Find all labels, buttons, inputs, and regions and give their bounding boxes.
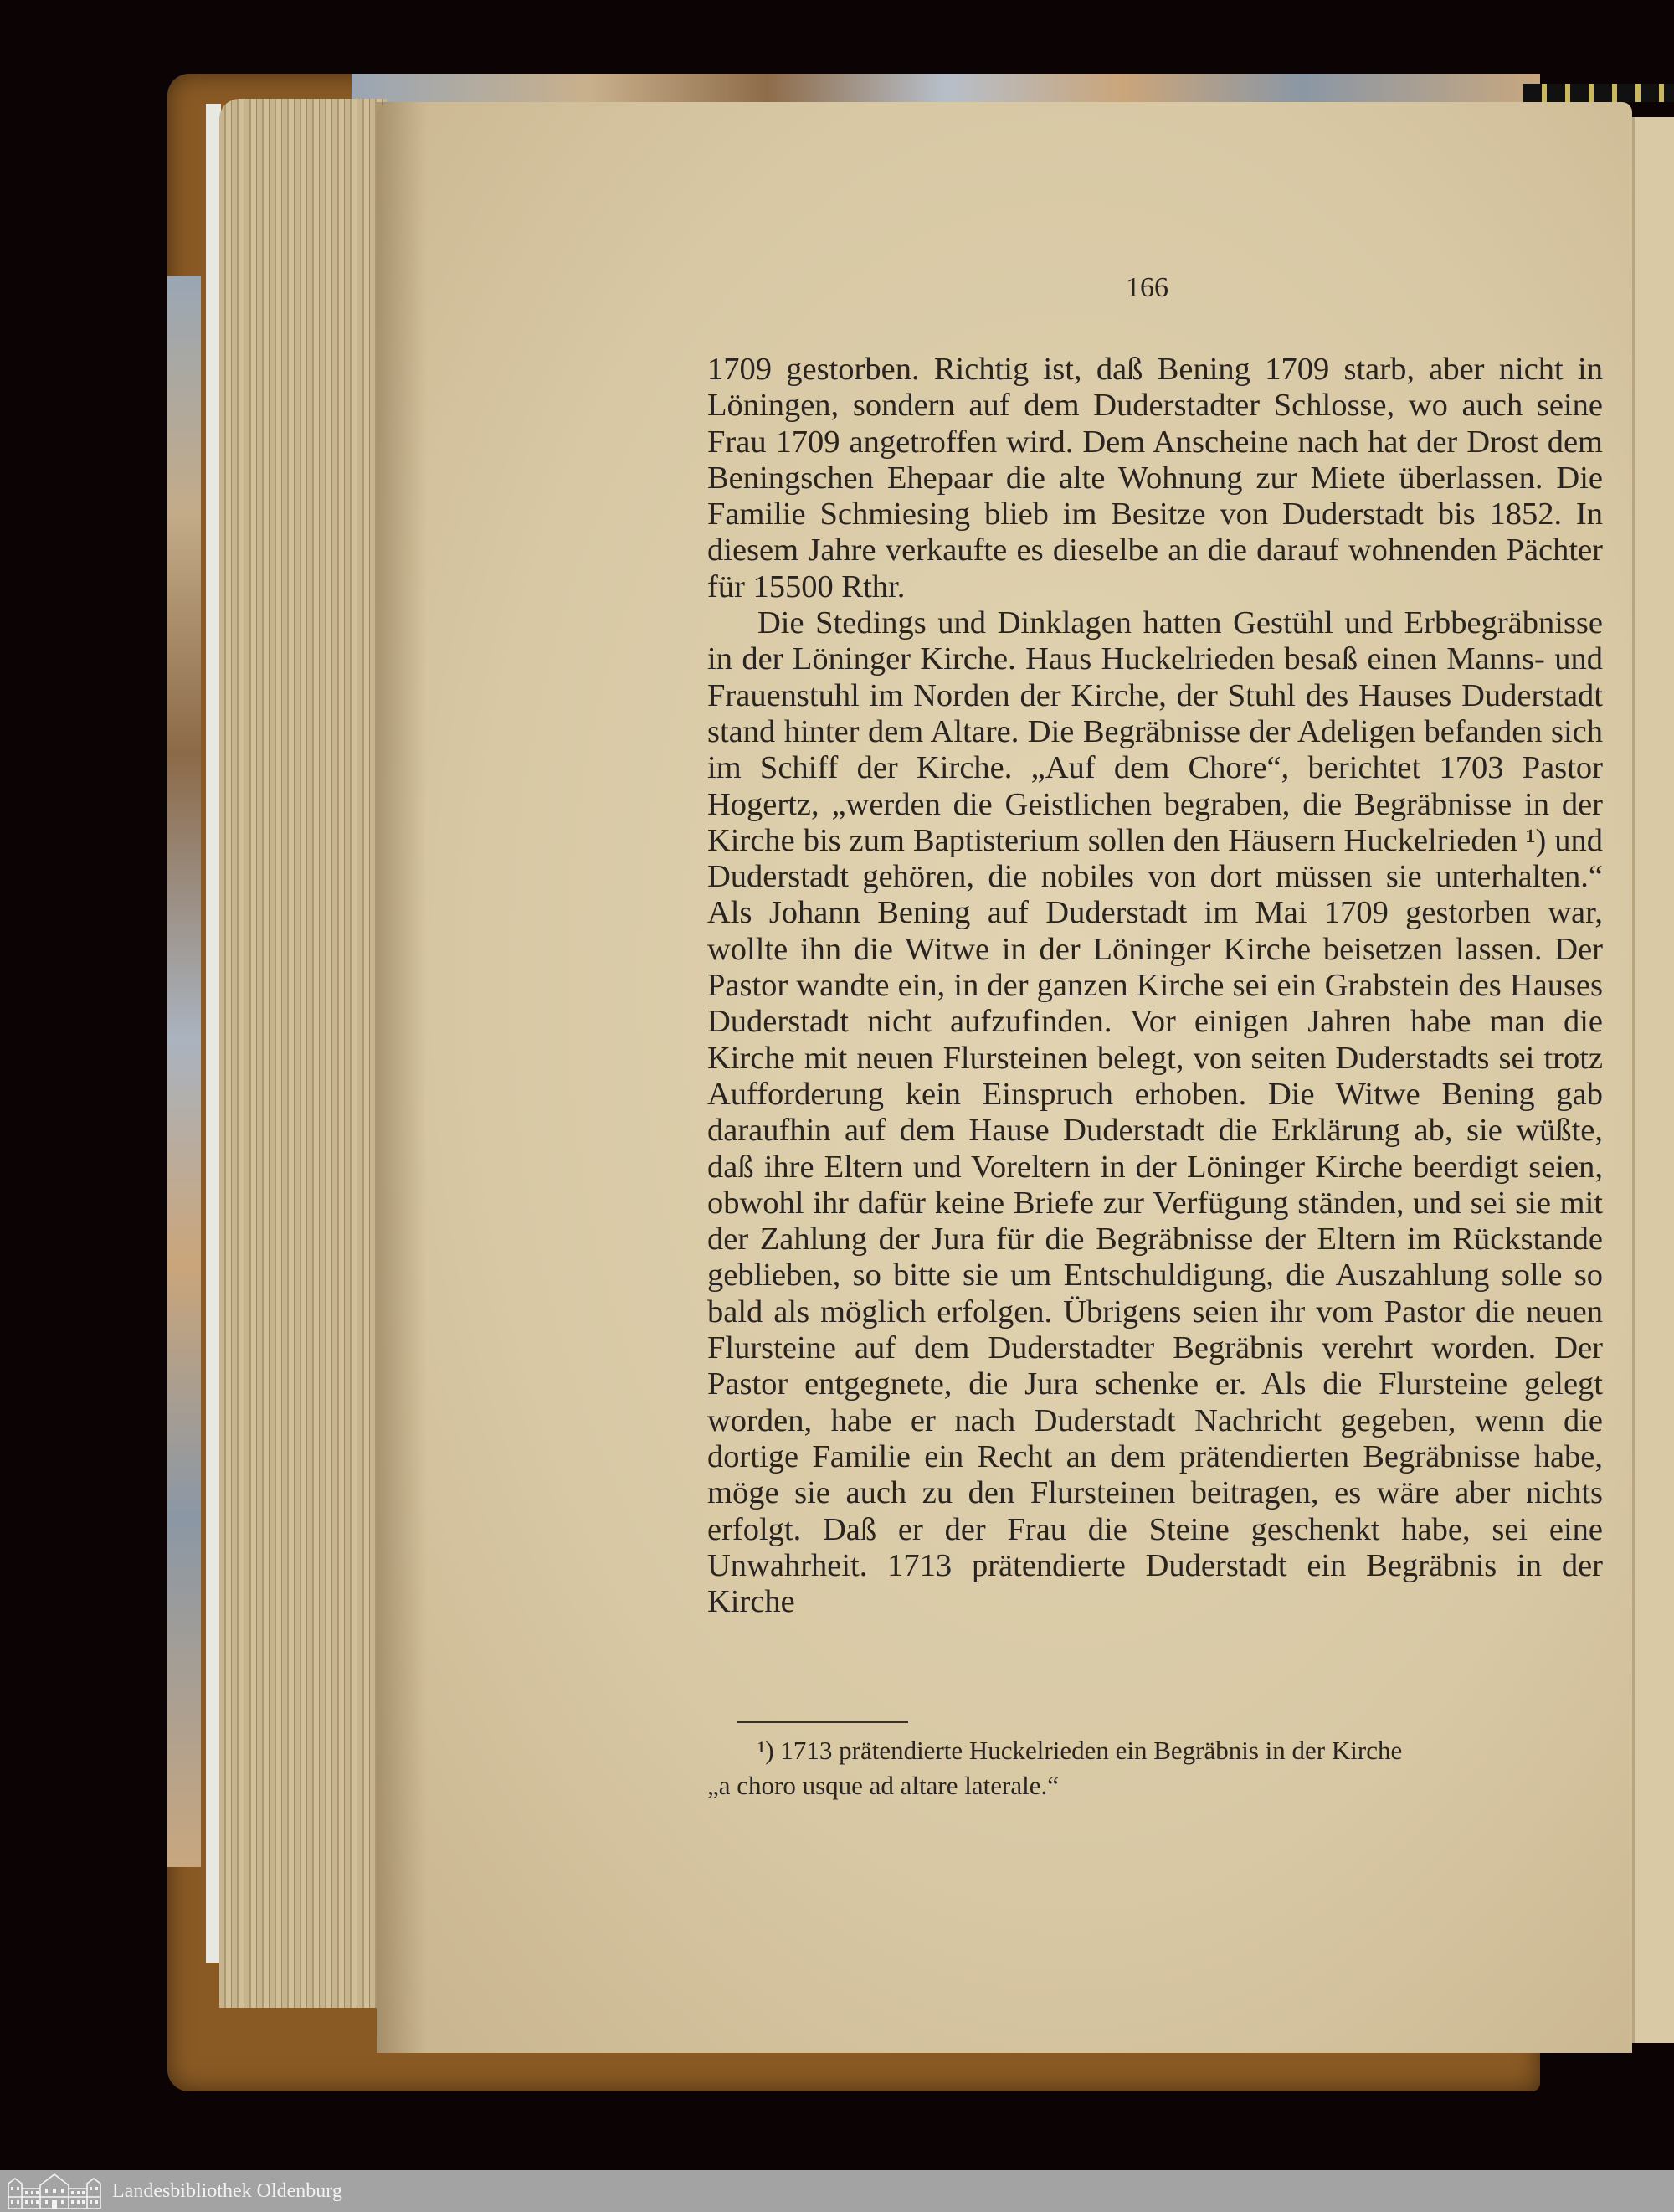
paragraph-2: Die Stedings und Dinklagen hatten Gestüh…	[707, 605, 1603, 1620]
library-building-icon	[7, 2172, 102, 2210]
footnote-line-2: „a choro usque ad altare laterale.“	[707, 1771, 1059, 1800]
paragraph-1: 1709 gestorben. Richtig ist, daß Bening …	[707, 352, 1603, 605]
library-name: Landesbibliothek Oldenburg	[112, 2180, 342, 2203]
footnote-divider	[737, 1721, 908, 1723]
marbled-board-left	[167, 276, 201, 1867]
body-text: 1709 gestorben. Richtig ist, daß Bening …	[707, 352, 1603, 1620]
headband	[1523, 84, 1674, 102]
marbled-board-top	[352, 74, 1540, 104]
page-number: 166	[1126, 272, 1168, 304]
adjacent-page-edge	[1632, 117, 1674, 2043]
footnote: ¹) 1713 prätendierte Huckelrieden ein Be…	[707, 1733, 1603, 1803]
gutter-shadow	[377, 102, 427, 2053]
footnote-line-1: ¹) 1713 prätendierte Huckelrieden ein Be…	[707, 1733, 1603, 1768]
page-edges	[219, 99, 387, 2008]
